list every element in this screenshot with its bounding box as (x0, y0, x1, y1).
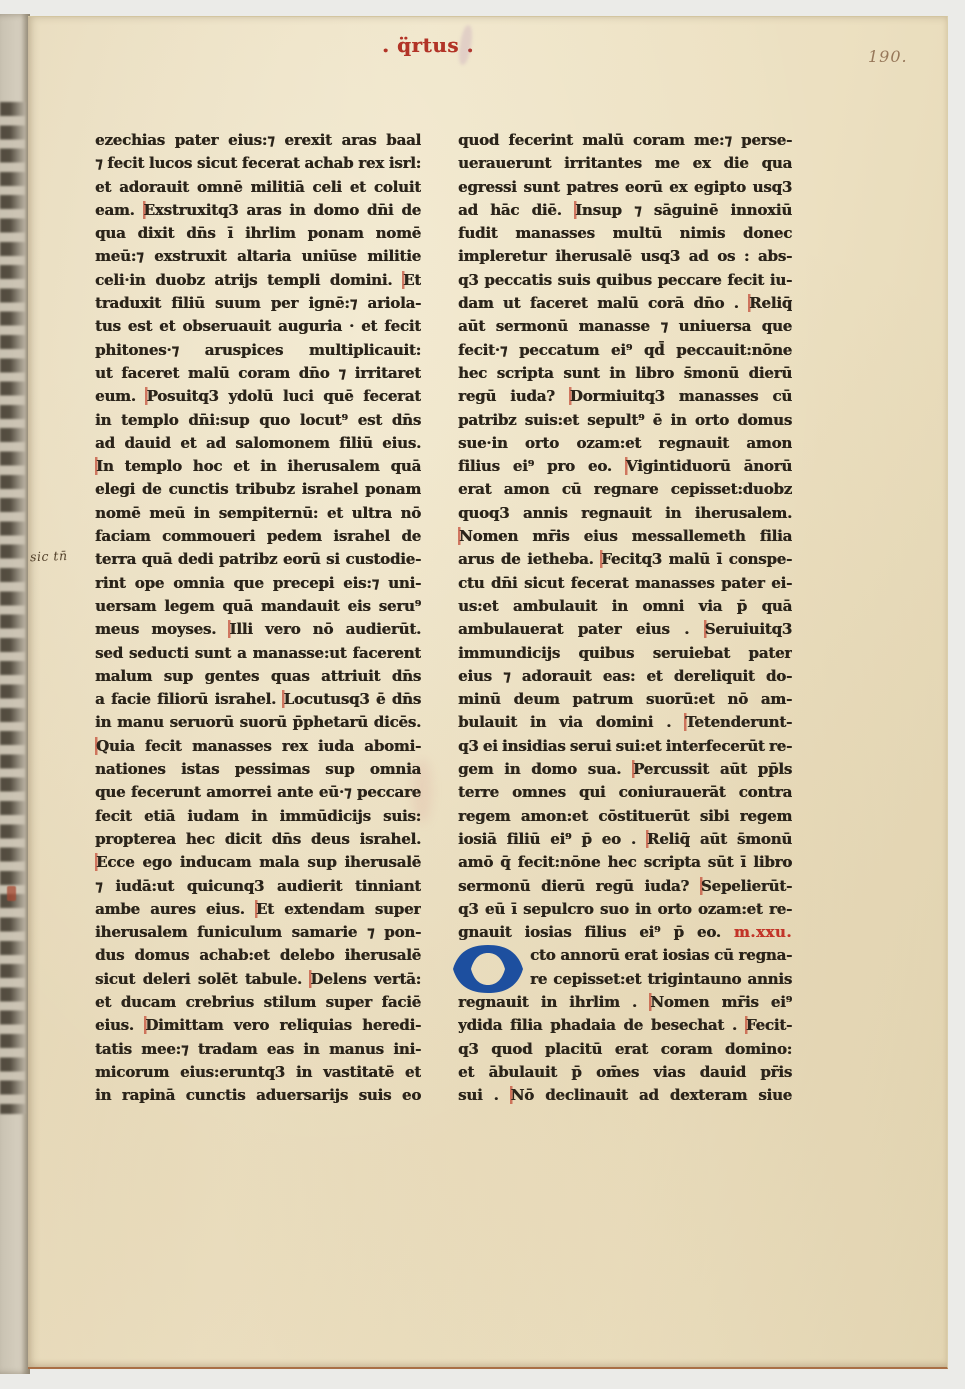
text-line: sue·in orto ozam:et regnauit amon (458, 432, 792, 455)
text-line: a facie filiorū israhel. Locutusq3 ē dn̄… (95, 688, 421, 711)
text-line: ad dauid et ad salomonem filiū eius. (95, 432, 421, 455)
text-line: ⁊ fecit lucos sicut fecerat achab rex is… (95, 152, 421, 175)
text-line: erat amon cū regnare cepisset:duobz (458, 478, 792, 501)
text-line: iherusalem funiculum samarie ⁊ pon- (95, 921, 421, 944)
text-line: eius ⁊ adorauit eas: et dereliquit do- (458, 665, 792, 688)
rubricated-text: D (309, 970, 323, 988)
text-line: rint ope omnia que precepi eis:⁊ uni- (95, 572, 421, 595)
text-line: eam. Exstruxitq3 aras in domo dn̄i de (95, 199, 421, 222)
text-line: gem in domo sua. Percussit aūt pp̄ls (458, 758, 792, 781)
text-line: In templo hoc et in iherusalem quā (95, 455, 421, 478)
text-line: fecit·⁊ peccatum ei⁹ qd̄ peccauit:nōne (458, 339, 792, 362)
text-line: et adorauit omnē militiā celi et coluit (95, 176, 421, 199)
text-line: que fecerunt amorrei ante eū·⁊ peccare (95, 781, 421, 804)
running-head: . q̈rtus . (356, 33, 500, 57)
rubricated-text: D (569, 387, 583, 405)
text-line: amō q̄ fecit:nōne hec scripta sūt ī libr… (458, 851, 792, 874)
text-line: quoq3 annis regnauit in iherusalem. (458, 502, 792, 525)
facing-page-rubric-mark (7, 886, 16, 901)
text-line: terre omnes qui coniurauerāt contra (458, 781, 792, 804)
facing-page-text-showthrough (0, 102, 25, 1114)
facing-page-edge (0, 14, 30, 1374)
rubricated-text: Q (95, 737, 109, 755)
rubricated-text: P (145, 387, 157, 405)
text-line: sed seducti sunt a manasse:ut facerent (95, 642, 421, 665)
margin-note: sic tn̄ (30, 547, 100, 564)
text-line: impleretur iherusalē usq3 ad os : abs- (458, 245, 792, 268)
text-line: eum. Posuitq3 ydolū luci quē fecerat (95, 385, 421, 408)
rubricated-text: N (458, 527, 473, 545)
chapter-numeral: m.xxu. (734, 923, 792, 941)
text-line: propterea hec dicit dn̄s deus israhel. (95, 828, 421, 851)
text-line: in templo dn̄i:sup quo locut⁹ est dn̄s (95, 409, 421, 432)
text-line: fudit manasses multū nimis donec (458, 222, 792, 245)
rubricated-text: V (625, 457, 637, 475)
text-line: patribz suis:et sepult⁹ ē in orto domus (458, 409, 792, 432)
rubricated-text: I (95, 457, 103, 475)
text-line: in manu seruorū suorū p̄phetarū dicēs. (95, 711, 421, 734)
rubricated-text: I (228, 620, 236, 638)
text-line: et ābulauit p̄ om̄es vias dauid pr̄is (458, 1061, 792, 1084)
rubricated-text: P (632, 760, 644, 778)
text-line: dus domus achab:et delebo iherusalē (95, 944, 421, 967)
text-line: elegi de cunctis tribubz israhel ponam (95, 478, 421, 501)
text-line: q3 peccatis suis quibus peccare fecit iu… (458, 269, 792, 292)
text-line: us:et ambulauit in omni via p̄ quā (458, 595, 792, 618)
illuminated-initial-O (450, 943, 530, 995)
text-line: nomē meū in sempiternū: et ultra nō (95, 502, 421, 525)
text-line: dam ut faceret malū corā dn̄o . Reliq̄ (458, 292, 792, 315)
text-line: uersam legem quā mandauit eis seru⁹ (95, 595, 421, 618)
text-line: nationes istas pessimas sup omnia (95, 758, 421, 781)
text-line: q3 ei insidias serui sui:et interfecerūt… (458, 735, 792, 758)
text-line: malum sup gentes quas attriuit dn̄s (95, 665, 421, 688)
text-line: regem amon:et cōstituerūt sibi regem (458, 805, 792, 828)
text-line: ⁊ iudā:ut quicunq3 audierit tinniant (95, 875, 421, 898)
rubricated-text: S (700, 877, 712, 895)
rubricated-text: L (282, 690, 293, 708)
text-line: immundicijs quibus seruiebat pater (458, 642, 792, 665)
text-line: Quia fecit manasses rex iuda abomi- (95, 735, 421, 758)
text-line: arus de ietheba. Fecitq3 malū ī conspe- (458, 548, 792, 571)
text-line: ambe aures eius. Et extendam super (95, 898, 421, 921)
rubricated-text: E (255, 900, 267, 918)
text-line: q3 quod placitū erat coram domino: (458, 1038, 792, 1061)
text-line: ezechias pater eius:⁊ erexit aras baal (95, 129, 421, 152)
rubricated-text: E (402, 271, 414, 289)
text-line: phitones·⁊ aruspices multiplicauit: (95, 339, 421, 362)
text-line: minū deum patrum suorū:et nō am- (458, 688, 792, 711)
text-line: tus est et obseruauit auguria · et fecit (95, 315, 421, 338)
rubricated-text: F (745, 1016, 756, 1034)
text-line: ad hāc diē. Insup ⁊ sāguinē innoxiū (458, 199, 792, 222)
rubricated-text: F (600, 550, 611, 568)
text-line: q3 eū ī sepulcro suo in orto ozam:et re- (458, 898, 792, 921)
text-line: tatis mee:⁊ tradam eas in manus ini- (95, 1038, 421, 1061)
text-column-left: ezechias pater eius:⁊ erexit aras baal⁊ … (95, 129, 421, 1107)
text-line: qua dixit dn̄s ī ihrlim ponam nomē (95, 222, 421, 245)
text-line: bulauit in via domini . Tetenderunt- (458, 711, 792, 734)
rubricated-text: N (510, 1086, 525, 1104)
text-line: ctu dn̄i sicut fecerat manasses pater ei… (458, 572, 792, 595)
text-line: uerauerunt irritantes me ex die qua (458, 152, 792, 175)
text-line: quod fecerint malū coram me:⁊ perse- (458, 129, 792, 152)
folio-number: 190. (868, 47, 938, 66)
text-line: eius. Dimittam vero reliquias heredi- (95, 1014, 421, 1037)
text-line: celi·in duobz atrijs templi domini. Et (95, 269, 421, 292)
text-line: egressi sunt patres eorū ex egipto usq3 (458, 176, 792, 199)
rubricated-text: R (748, 294, 761, 312)
rubricated-text: I (574, 201, 582, 219)
text-line: gnauit iosias filius ei⁹ p̄ eo. m.xxu. (458, 921, 792, 944)
text-line: iosiā filiū ei⁹ p̄ eo . Reliq̄ aūt s̄mon… (458, 828, 792, 851)
text-line: hec scripta sunt in libro s̄monū dierū (458, 362, 792, 385)
rubricated-text: D (144, 1016, 158, 1034)
rubricated-text: S (704, 620, 716, 638)
text-line: fecit etiā iudam in immūdicijs suis: (95, 805, 421, 828)
text-line: micorum eius:eruntq3 in vastitatē et (95, 1061, 421, 1084)
manuscript-page: . q̈rtus . 190. sic tn̄ ezechias pater e… (28, 16, 948, 1369)
text-line: meus moyses. Illi vero nō audierūt. (95, 618, 421, 641)
text-line: regū iuda? Dormiuitq3 manasses cū (458, 385, 792, 408)
text-line: ut faceret malū coram dn̄o ⁊ irritaret (95, 362, 421, 385)
text-line: terra quā dedi patribz eorū si custodie- (95, 548, 421, 571)
text-line: ambulauerat pater eius . Seruiuitq3 (458, 618, 792, 641)
text-line: traduxit filiū suum per ignē:⁊ ariola- (95, 292, 421, 315)
text-line: filius ei⁹ pro eo. Vigintiduorū ānorū (458, 455, 792, 478)
text-line: et ducam crebrius stilum super faciē (95, 991, 421, 1014)
text-column-right: quod fecerint malū coram me:⁊ perse-uera… (458, 129, 792, 1107)
text-line: Nomen mr̄is eius messallemeth filia (458, 525, 792, 548)
text-line: sicut deleri solēt tabule. Delens vertā: (95, 968, 421, 991)
rubricated-text: N (649, 993, 664, 1011)
text-line: ydida filia phadaia de besechat . Fecit- (458, 1014, 792, 1037)
text-line: meū:⁊ exstruxit altaria uniūse militie (95, 245, 421, 268)
rubricated-text: E (95, 853, 107, 871)
text-line: sermonū dierū regū iuda? Sepelierūt- (458, 875, 792, 898)
text-line: aūt sermonū manasse ⁊ uniuersa que (458, 315, 792, 338)
rubricated-text: E (143, 201, 155, 219)
text-line: sui . Nō declinauit ad dexteram siue (458, 1084, 792, 1107)
rubricated-text: T (684, 713, 694, 731)
text-line: faciam commoueri pedem israhel de (95, 525, 421, 548)
rubricated-text: R (646, 830, 659, 848)
text-line: Ecce ego inducam mala sup iherusalē (95, 851, 421, 874)
text-line: in rapinā cunctis aduersarijs suis eo (95, 1084, 421, 1107)
